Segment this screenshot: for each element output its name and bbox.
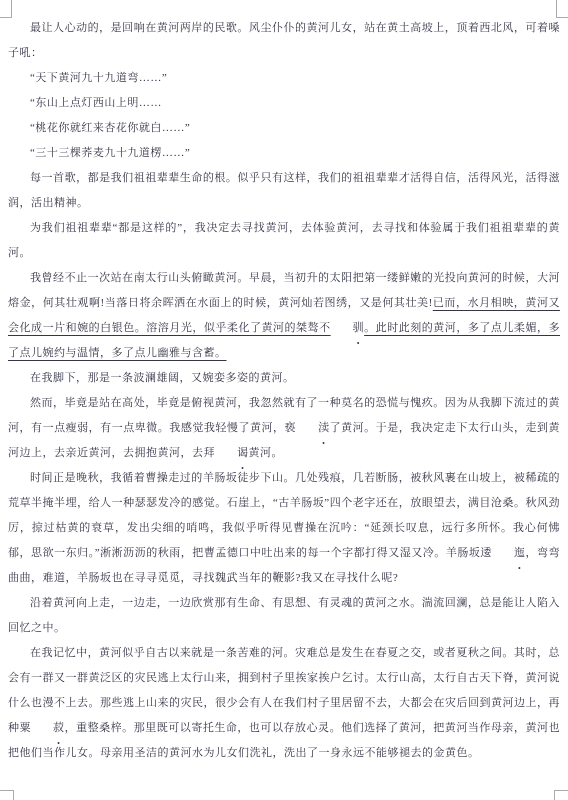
text-segment: 时间正是晚秋，我循着曹操走过的羊肠坂徒步下山。几处残痕，几若断肠，被秋风裹在山坡… [8,472,560,559]
paragraph-walking-upstream: 沿着黄河向上走，一边走，一边欣赏那有生命、有思想、有灵魂的黄河之水。湍流回澜，总… [8,591,560,641]
text-segment: 在我记忆中，黄河似乎自古以来就是一条苦难的河。灾难总是发生在春夏之交，或者夏秋之… [8,647,560,734]
paragraph-memory: 在我记忆中，黄河似乎自古以来就是一条苦难的河。灾难总是发生在春夏之交，或者夏秋之… [8,641,560,766]
text-segment: 黄河。 [249,447,284,459]
dotted-char-ye: 谒 [215,441,249,466]
folk-song-line-3: “桃花你就红来杏花你就白……” [8,116,560,141]
folk-song-line-2: “东山上点灯西山上明…… [8,91,560,116]
folk-song-line-4: “三十三棵荞麦九十九道楞……” [8,141,560,166]
crop-mark-bottom-right [554,790,568,800]
paragraph-overlook: 我曾经不止一次站在南太行山头俯瞰黄河。早晨，当初升的太阳把第一缕鲜嫩的光投向黄河… [8,266,560,366]
text-segment: ，重整桑梓。那里既可以寄托生命，也可以存放心灵。他们选择了黄河，把黄河当作母亲，… [8,722,560,759]
paragraph-guilt: 然而，毕竟是站在高处，毕竟是俯视黄河，我忽然就有了一种莫名的恐慌与愧疚。因为从我… [8,391,560,466]
crop-mark-bottom-left [0,790,14,800]
paragraph-intro: 最让人心动的，是回响在黄河两岸的民歌。风尘仆仆的黄河儿女，站在黄土高坡上，顶着西… [8,16,560,66]
dotted-char-shu: 菽 [31,716,65,741]
article-text: 最让人心动的，是回响在黄河两岸的民歌。风尘仆仆的黄河儿女，站在黄土高坡上，顶着西… [8,16,560,766]
paragraph-yangchangban: 时间正是晚秋，我循着曹操走过的羊肠坂徒步下山。几处残痕，几若断肠，被秋风裹在山坡… [8,466,560,591]
paragraph-songs-root: 每一首歌，都是我们祖祖辈辈生命的根。似乎只有这样，我们的祖祖辈辈才活得自信，活得… [8,166,560,216]
paragraph-underfoot: 在我脚下，那是一条波澜雄阔，又婉娈多姿的黄河。 [8,366,560,391]
paragraph-decision: 为我们祖祖辈辈“都是这样的”，我决定去寻找黄河，去体验黄河，去寻找和体验属于我们… [8,216,560,266]
dotted-char-yi: 迤 [492,541,526,566]
folk-song-line-1: “天下黄河九十九道弯……” [8,66,560,91]
dotted-char-xun: 驯 [331,316,365,341]
dotted-char-du: 渎 [296,416,330,441]
